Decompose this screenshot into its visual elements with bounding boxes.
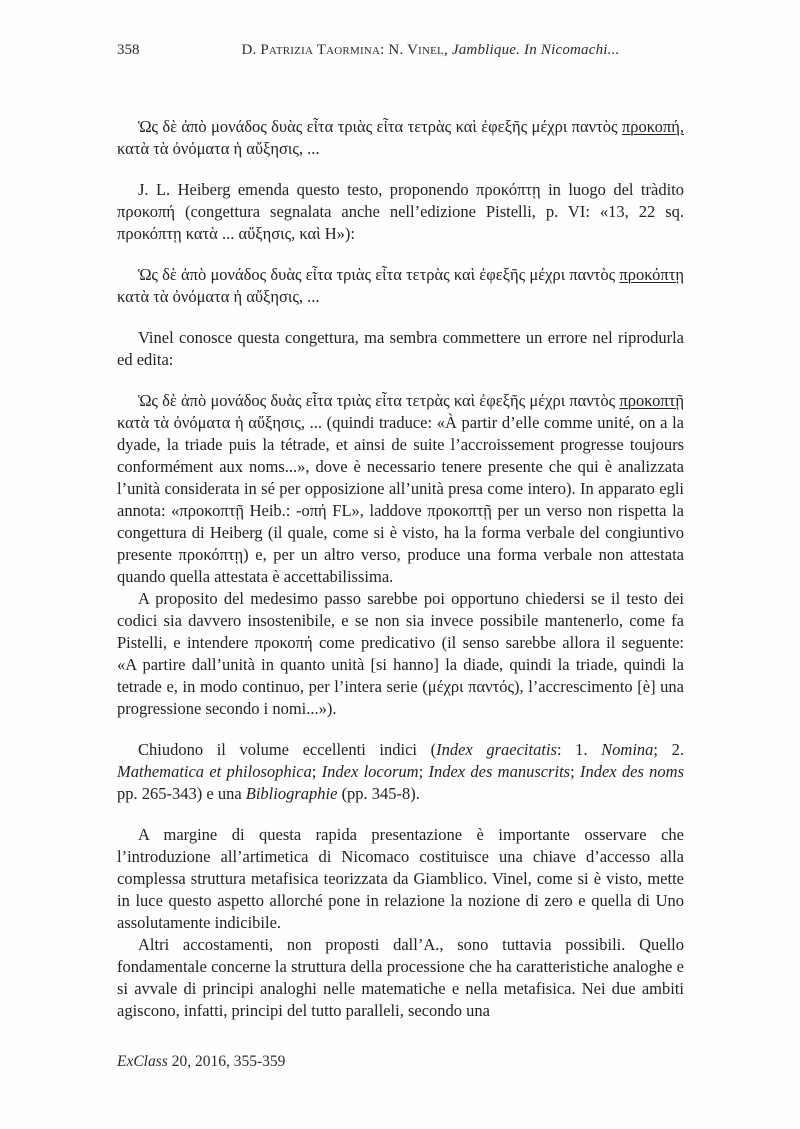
text-segment: προκοπτῇ xyxy=(619,391,684,410)
text-segment: J. L. Heiberg emenda questo testo, propo… xyxy=(117,180,684,243)
footer-citation: ExClass 20, 2016, 355-359 xyxy=(117,1053,285,1071)
text-segment: D. Patrizia Taormina: N. Vinel, xyxy=(241,42,451,58)
running-header: 358 D. Patrizia Taormina: N. Vinel, Jamb… xyxy=(117,42,684,62)
text-segment: Nomina xyxy=(601,740,653,759)
text-segment: Bibliographie xyxy=(246,784,338,803)
text-segment: ; xyxy=(419,762,429,781)
text-segment: ; 2. xyxy=(653,740,684,759)
running-title: D. Patrizia Taormina: N. Vinel, Jambliqu… xyxy=(177,42,684,59)
text-segment: ; xyxy=(312,762,322,781)
journal-page: 358 D. Patrizia Taormina: N. Vinel, Jamb… xyxy=(0,0,800,1129)
text-segment: Ὡς δὲ ἀπὸ μονάδος δυὰς εἶτα τριὰς εἶτα τ… xyxy=(138,391,619,410)
paragraph-indici: Chiudono il volume eccellenti indici (In… xyxy=(117,739,684,805)
text-segment: : 1. xyxy=(557,740,601,759)
paragraph-medesimo-passo: A proposito del medesimo passo sarebbe p… xyxy=(117,588,684,720)
text-segment: Mathematica et philosophica xyxy=(117,762,312,781)
text-segment: pp. 265-343) e una xyxy=(117,784,246,803)
text-segment: Index locorum xyxy=(322,762,419,781)
text-segment: ExClass xyxy=(117,1053,168,1070)
text-segment: Ὡς δὲ ἀπὸ μονάδος δυὰς εἶτα τριὰς εἶτα τ… xyxy=(138,265,619,284)
greek-quote-2: Ὡς δὲ ἀπὸ μονάδος δυὰς εἶτα τριὰς εἶτα τ… xyxy=(117,264,684,308)
text-segment: 20, 2016, 355-359 xyxy=(168,1053,286,1070)
text-segment: Ὡς δὲ ἀπὸ μονάδος δυὰς εἶτα τριὰς εἶτα τ… xyxy=(138,117,622,136)
text-segment: ; xyxy=(570,762,580,781)
paragraph-vinel-conosce: Vinel conosce questa congettura, ma semb… xyxy=(117,327,684,371)
page-number: 358 xyxy=(117,42,140,59)
paragraph-accostamenti: Altri accostamenti, non proposti dall’A.… xyxy=(117,934,684,1022)
text-segment: A proposito del medesimo passo sarebbe p… xyxy=(117,589,684,718)
text-segment: (pp. 345-8). xyxy=(337,784,419,803)
text-segment: προκοπή, xyxy=(622,117,684,136)
text-segment: προκόπτῃ xyxy=(619,265,684,284)
text-segment: Chiudono il volume eccellenti indici ( xyxy=(138,740,436,759)
text-segment: κατὰ τὰ ὀνόματα ἡ αὔξησις, ... xyxy=(117,139,320,158)
text-segment: κατὰ τὰ ὀνόματα ἡ αὔξησις, ... (quindi t… xyxy=(117,413,684,586)
text-segment: Jamblique. In Nicomachi... xyxy=(452,42,620,58)
article-body: Ὡς δὲ ἀπὸ μονάδος δυὰς εἶτα τριὰς εἶτα τ… xyxy=(117,116,684,1022)
text-segment: Altri accostamenti, non proposti dall’A.… xyxy=(117,935,684,1020)
paragraph-heiberg: J. L. Heiberg emenda questo testo, propo… xyxy=(117,179,684,245)
text-segment: Index des manuscrits xyxy=(428,762,570,781)
paragraph-margine: A margine di questa rapida presentazione… xyxy=(117,824,684,934)
text-segment: Index des noms xyxy=(580,762,684,781)
paragraph-vinel-edition: Ὡς δὲ ἀπὸ μονάδος δυὰς εἶτα τριὰς εἶτα τ… xyxy=(117,390,684,588)
text-segment: Index graecitatis xyxy=(436,740,557,759)
greek-quote-1: Ὡς δὲ ἀπὸ μονάδος δυὰς εἶτα τριὰς εἶτα τ… xyxy=(117,116,684,160)
text-segment: Vinel conosce questa congettura, ma semb… xyxy=(117,328,684,369)
text-segment: A margine di questa rapida presentazione… xyxy=(117,825,684,932)
text-segment: κατὰ τὰ ὀνόματα ἡ αὔξησις, ... xyxy=(117,287,320,306)
